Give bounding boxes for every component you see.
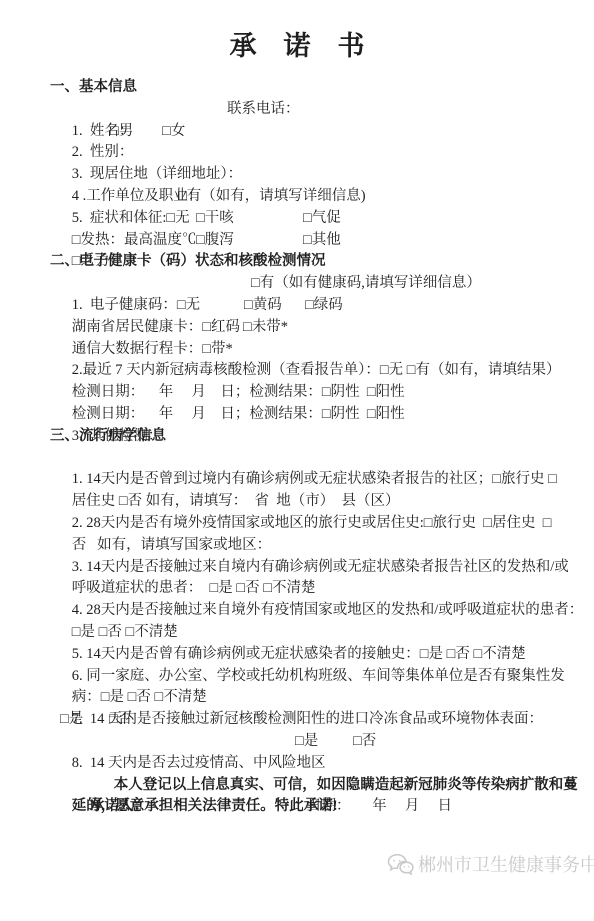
phone-field-label: 联系电话： (227, 99, 300, 121)
pledge-line-2: 延的，愿意承担相关法律责任。特此承诺! (50, 775, 556, 797)
line-epi-q3a: 3. 14天内是否接触过来自境内有确诊病例或无症状感染者报告社区的发热和/或 (50, 535, 556, 557)
section-health-heading: 二、电子健康卡（码）状态和核酸检测情况 (50, 251, 556, 273)
line-epi-q3b: 呼吸道症状的患者： □是 □否 □不清楚 (50, 557, 556, 579)
line-hunan-card: 湖南省居民健康卡：□红码 □黄码 □绿码 (50, 295, 556, 317)
epi-q8-yes-checkbox: □是 (295, 731, 318, 753)
line-epi-q7: 7. 14 天内是否接触过新冠核酸检测阳性的进口冷冻食品或环境物体表面： (50, 687, 556, 709)
hunan-green-checkbox: □绿码 (305, 295, 343, 317)
line-test-date-2: 检测日期： 年 月 日；检测结果：□阴性 □阳性 (50, 382, 556, 404)
line-other-test: 3. 其他检测： (50, 404, 556, 426)
pledge-line-1: 本人登记以上信息真实、可信，如因隐瞒造起新冠肺炎等传染病扩散和蔓 (50, 753, 556, 775)
date-label: 日期： 年 月 日 (307, 796, 452, 818)
line-signature: 承诺人： 日期： 年 月 日 (50, 796, 556, 818)
ecode-yes-checkbox: □有（如有健康码,请填写详细信息） (251, 273, 481, 295)
wechat-icon (387, 853, 414, 876)
section-epi-heading: 三、流行病学信息 (50, 426, 556, 448)
line-ecode: 1. 电子健康码：□无 □有（如有健康码,请填写详细信息） (50, 273, 556, 295)
line-epi-q6b: 病：□是 □否 □不清楚 (50, 666, 556, 688)
line-nat-question: 2.最近 7 天内新冠病毒核酸检测（查看报告单）：□无 □有（如有，请填结果） (50, 339, 556, 361)
line-epi-q4a: 4. 28天内是否接触过来自境外有疫情国家或地区的发热和/或呼吸道症状的患者： (50, 578, 556, 600)
watermark: 郴州市卫生健康事务中 (387, 851, 594, 877)
line-epi-q6a: 6. 同一家庭、办公室、学校或托幼机构班级、车间等集体单位是否有聚集性发 (50, 644, 556, 666)
epi-q7-no-checkbox: □否 (109, 709, 132, 731)
symptoms-yes-checkbox: □有（如有，请填写详细信息) (178, 186, 366, 208)
line-name-phone: 1. 姓名： 联系电话： (50, 99, 556, 121)
line-epi-q5: 5. 14天内是否曾有确诊病例或无症状感染者的接触史：□是 □否 □不清楚 (50, 622, 556, 644)
epi-q8-no-checkbox: □否 (353, 731, 376, 753)
line-epi-q2b: 否 如有，请填写国家或地区： (50, 513, 556, 535)
line-epi-q8: 8. 14 天内是否去过疫情高、中风险地区 □是 □否 (50, 731, 556, 753)
document-body: 一、基本信息 1. 姓名： 联系电话： 2. 性别： □男 □女 3. 现居住地… (50, 77, 556, 818)
gender-female-checkbox: □女 (162, 121, 185, 143)
hunan-yellow-checkbox: □黄码 (244, 295, 282, 317)
breath-checkbox: □气促 (303, 208, 341, 230)
signer-label: 承诺人： (90, 796, 148, 818)
cough-checkbox: □干咳 (196, 208, 234, 230)
line-trip-card: 通信大数据行程卡：□带* □未带* (50, 317, 556, 339)
section-basic-heading: 一、基本信息 (50, 77, 556, 99)
epi-q7-yes-checkbox: □是 (60, 709, 83, 731)
line-epi-q7-answers: □是 □否 (50, 709, 556, 731)
watermark-text: 郴州市卫生健康事务中 (418, 851, 594, 877)
diarrhea-checkbox: □腹泻 (196, 230, 234, 252)
line-epi-q1a: 1. 14天内是否曾到过境内有确诊病例或无症状感染者报告的社区；□旅行史 □ (50, 448, 556, 470)
line-work: 4 .工作单位及职业： (50, 164, 556, 186)
trip-without-checkbox: □未带* (243, 317, 288, 339)
line-symptoms: 5. 症状和体征:□无 □有（如有，请填写详细信息) (50, 186, 556, 208)
line-epi-q4b: □是 □否 □不清楚 (50, 600, 556, 622)
line-epi-q1b: 居住史 □否 如有，请填写： 省 地（市） 县（区） (50, 469, 556, 491)
other-symptom-checkbox: □其他 (303, 230, 341, 252)
line-test-date-1: 检测日期： 年 月 日；检测结果：□阴性 □阳性 (50, 360, 556, 382)
page-title: 承 诺 书 (0, 24, 594, 63)
line-symptom-row1: □发热：最高温度℃ □干咳 □气促 (50, 208, 556, 230)
document-page: 承 诺 书 一、基本信息 1. 姓名： 联系电话： 2. 性别： □男 □女 3… (0, 0, 594, 921)
gender-male-checkbox: □男 (110, 121, 133, 143)
line-symptom-row2: □乏力 □腹泻 □其他 (50, 230, 556, 252)
line-gender: 2. 性别： □男 □女 (50, 121, 556, 143)
line-address: 3. 现居住地（详细地址）： (50, 142, 556, 164)
line-epi-q2a: 2. 28天内是否有境外疫情国家或地区的旅行史或居住史:□旅行史 □居住史 □ (50, 491, 556, 513)
